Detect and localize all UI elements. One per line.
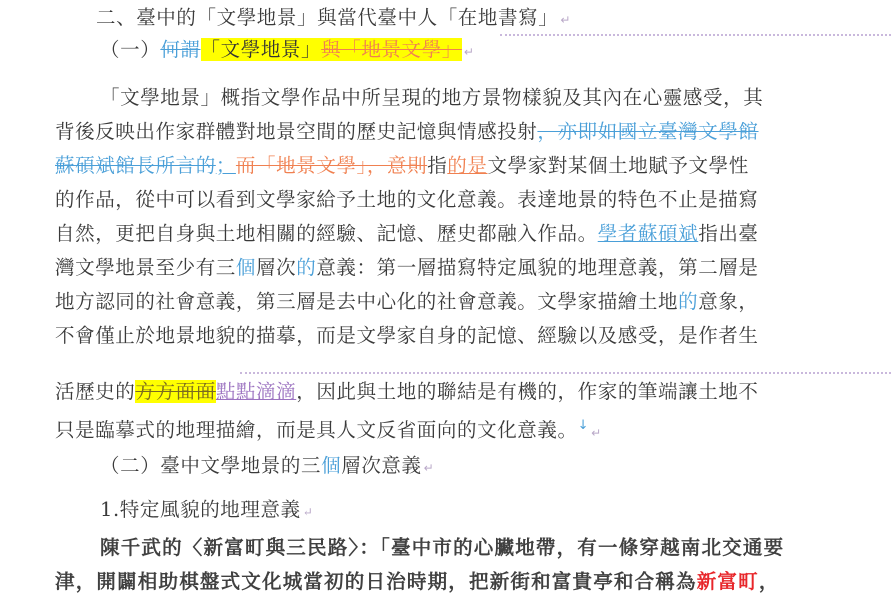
deleted-highlighted-text: 方方面面 (135, 380, 215, 403)
highlighted-text: 「文學地景」 (201, 38, 322, 61)
body-text: 意象， (698, 290, 758, 313)
track-change-dotted-line (500, 34, 891, 36)
paragraph-line[interactable]: 灣文學地景至少有三個層次的意義：第一層描寫特定風貌的地理意義，第二層是 (55, 252, 759, 284)
paragraph-line[interactable]: 地方認同的社會意義，第三層是去中心化的社會意義。文學家描繪土地的意象， (55, 286, 759, 318)
highlighted-place-name: 新富町 (697, 570, 759, 593)
paragraph-mark-icon: ↵ (303, 505, 314, 519)
paragraph-line[interactable]: 活歷史的方方面面點點滴滴，因此與土地的聯結是有機的，作家的筆端讓土地不 (55, 376, 759, 408)
inserted-text: 點點滴滴 (216, 380, 296, 403)
paragraph-line[interactable]: 只是臨摹式的地理描繪，而是具人文反省面向的文化意義。↓↵ (55, 410, 602, 442)
inserted-text: 何謂 (160, 38, 200, 61)
subsection-heading-2[interactable]: （二）臺中文學地景的三個層次意義↵ (100, 450, 434, 482)
inserted-text: 個 (236, 256, 256, 279)
body-text: 只是臨摹式的地理描繪，而是具人文反省面向的文化意義。 (55, 419, 578, 442)
heading-text: 二、臺中的「文學地景」與當代臺中人「在地書寫」 (96, 6, 558, 29)
item-text: 1.特定風貌的地理意義 (100, 498, 301, 521)
subheading-text: （二）臺中文學地景的三 (100, 454, 321, 477)
body-text: 文學家對某個土地賦予文學性 (488, 154, 749, 177)
paragraph-line[interactable]: 自然，更把自身與土地相關的經驗、記憶、歷史都融入作品。學者蘇碩斌指出臺 (55, 218, 759, 250)
quote-text: 津，開闢相助棋盤式文化城當初的日治時期，把新街和富貴亭和合稱為 (55, 570, 697, 593)
inserted-text: 學者蘇碩斌 (598, 222, 699, 245)
body-text: 自然，更把自身與土地相關的經驗、記憶、歷史都融入作品。 (55, 222, 598, 245)
paragraph-line[interactable]: 蘇碩斌館長所言的；而「地景文學」，意則指的是文學家對某個土地賦予文學性 (55, 150, 749, 182)
body-text: 指 (427, 154, 447, 177)
quote-text: ， (759, 570, 780, 593)
paragraph-mark-icon: ↵ (424, 461, 435, 475)
quote-line[interactable]: 陳千武的〈新富町與三民路〉：「臺中市的心臟地帶，有一條穿越南北交通要 (100, 532, 784, 564)
inserted-text: 的 (678, 290, 698, 313)
body-text: 層次 (256, 256, 296, 279)
inserted-text: 的 (296, 256, 316, 279)
body-text: 背後反映出作家群體對地景空間的歷史記憶與情感投射 (55, 120, 537, 143)
body-text: 意義：第一層描寫特定風貌的地理意義，第二層是 (316, 256, 758, 279)
subsection-heading-1[interactable]: （一）何謂「文學地景」與「地景文學」↵ (100, 34, 474, 66)
document-page: 二、臺中的「文學地景」與當代臺中人「在地書寫」↵ （一）何謂「文學地景」與「地景… (0, 0, 891, 600)
track-change-dotted-line (240, 372, 891, 374)
paragraph-line[interactable]: 背後反映出作家群體對地景空間的歷史記憶與情感投射，亦即如國立臺灣文學館 (55, 116, 759, 148)
deleted-text: ，亦即如國立臺灣文學館 (537, 120, 758, 143)
body-text: 灣文學地景至少有三 (55, 256, 236, 279)
paragraph-line[interactable]: 的作品，從中可以看到文學家給予土地的文化意義。表達地景的特色不止是描寫 (55, 184, 759, 216)
body-text: 指出臺 (698, 222, 758, 245)
quote-line[interactable]: 津，開闢相助棋盤式文化城當初的日治時期，把新街和富貴亭和合稱為新富町， (55, 566, 780, 598)
subheading-prefix: （一） (100, 38, 160, 61)
section-heading-2[interactable]: 二、臺中的「文學地景」與當代臺中人「在地書寫」↵ (96, 2, 571, 34)
quote-text: 陳千武的〈新富町與三民路〉：「臺中市的心臟地帶，有一條穿越南北交通要 (100, 536, 784, 559)
paragraph-mark-icon: ↵ (591, 426, 602, 440)
inserted-text: 個 (321, 454, 341, 477)
body-text: ，因此與土地的聯結是有機的，作家的筆端讓土地不 (296, 380, 758, 403)
paragraph-line[interactable]: 「文學地景」概指文學作品中所呈現的地方景物樣貌及其內在心靈感受，其 (100, 82, 763, 114)
paragraph-mark-icon: ↵ (464, 45, 475, 59)
inserted-text: ； (216, 154, 236, 177)
body-text: 不會僅止於地景地貌的描摹，而是文學家自身的記憶、經驗以及感受，是作者生 (55, 324, 759, 347)
deleted-text: 蘇碩斌館長所言的 (55, 154, 216, 177)
inserted-text: 的是 (447, 154, 487, 177)
body-text: 活歷史的 (55, 380, 135, 403)
body-text: 「文學地景」概指文學作品中所呈現的地方景物樣貌及其內在心靈感受，其 (100, 86, 763, 109)
body-text: 地方認同的社會意義，第三層是去中心化的社會意義。文學家描繪土地 (55, 290, 678, 313)
body-text: 的作品，從中可以看到文學家給予土地的文化意義。表達地景的特色不止是描寫 (55, 188, 759, 211)
deleted-text: 而「地景文學」，意則 (236, 154, 427, 177)
paragraph-mark-icon: ↵ (560, 13, 571, 27)
paragraph-line[interactable]: 不會僅止於地景地貌的描摹，而是文學家自身的記憶、經驗以及感受，是作者生 (55, 320, 759, 352)
subheading-text: 層次意義 (341, 454, 421, 477)
list-item-heading[interactable]: 1.特定風貌的地理意義↵ (100, 494, 313, 526)
deleted-text: 與「地景文學」 (321, 38, 462, 61)
footnote-arrow-icon: ↓ (578, 418, 590, 433)
